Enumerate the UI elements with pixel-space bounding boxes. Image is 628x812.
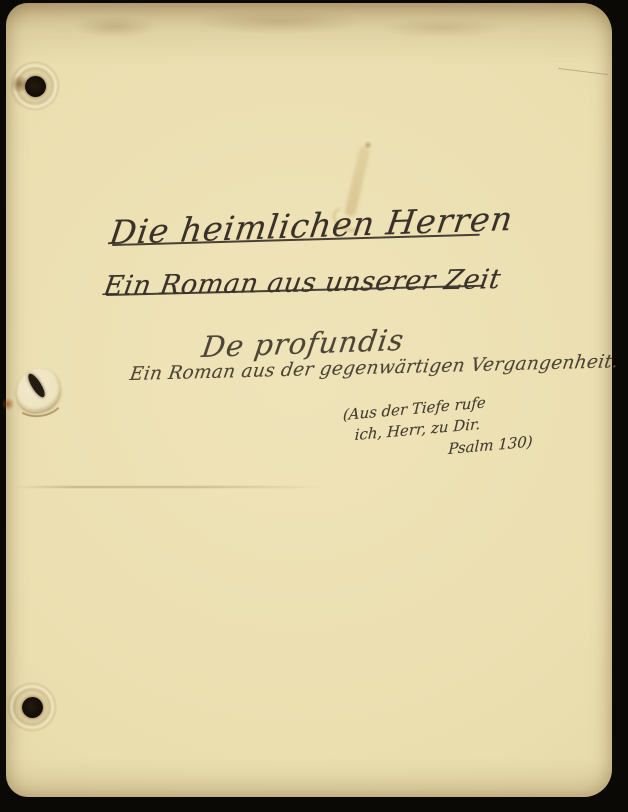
scratch-mark [558, 68, 608, 75]
bottom-edge-shade [6, 757, 612, 797]
edge-stain-spot [2, 397, 14, 411]
top-edge-smudge [6, 3, 612, 65]
crease-line [14, 486, 324, 488]
punch-hole-opening [22, 697, 43, 718]
manuscript-page: Die heimlichen Herren Ein Roman aus unse… [6, 3, 612, 797]
crossed-out-subtitle-text: Ein Roman aus unserer Zeit [102, 264, 504, 302]
punch-hole-bottom [7, 682, 57, 732]
psalm-epigraph: (Aus der Tiefe rufe ich, Herr, zu Dir. P… [342, 389, 533, 469]
punch-hole-top [10, 61, 60, 111]
scan-background: Die heimlichen Herren Ein Roman aus unse… [0, 0, 628, 812]
punch-hole-opening [25, 76, 46, 97]
punch-hole-middle-torn [6, 361, 76, 437]
crossed-out-subtitle: Ein Roman aus unserer Zeit [104, 264, 501, 302]
